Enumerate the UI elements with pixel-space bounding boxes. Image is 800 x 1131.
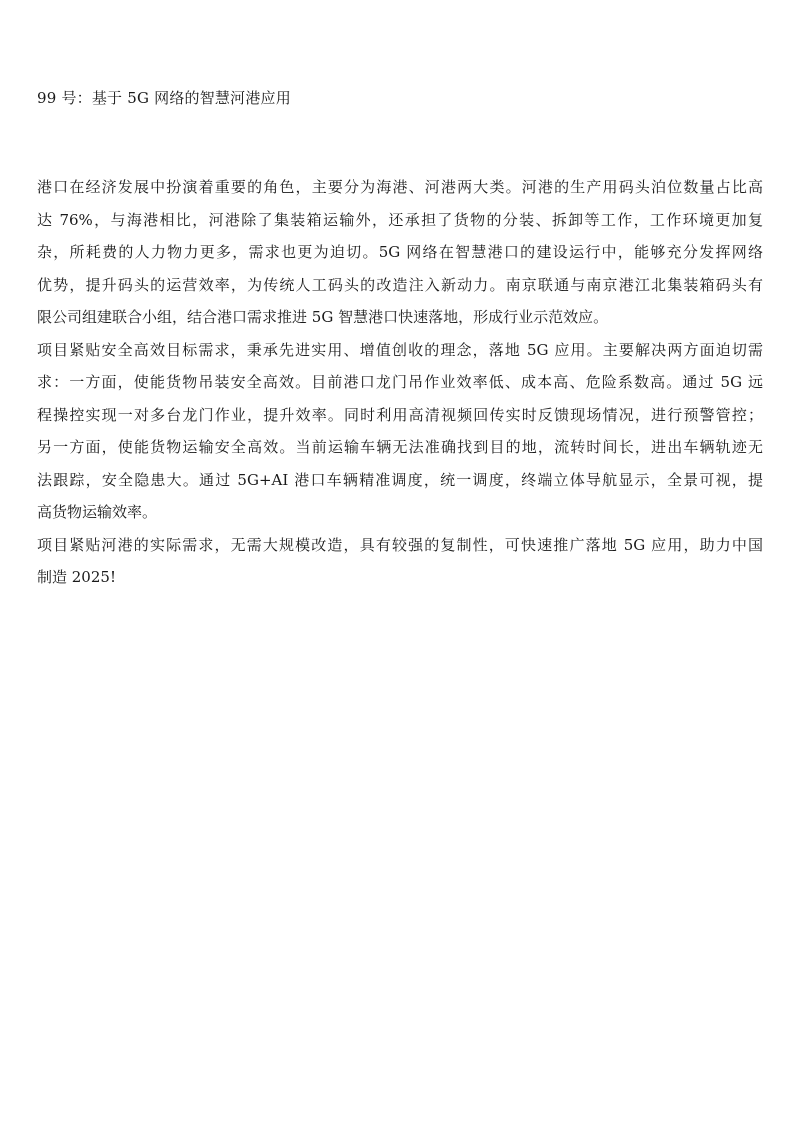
paragraph-2: 项目紧贴安全高效目标需求，秉承先进实用、增值创收的理念，落地 5G 应用。主要解… [37,334,763,529]
paragraph-line: 项目紧贴安全高效目标需求，秉承先进实用、增值创收的理念，落地 5G 应用。主要解… [37,334,763,367]
document-page: 99 号：基于 5G 网络的智慧河港应用 港口在经济发展中扮演着重要的角色，主要… [0,0,800,1131]
paragraph-line: 另一方面，使能货物运输安全高效。当前运输车辆无法准确找到目的地，流转时间长，进出… [37,431,763,464]
paragraph-line: 程操控实现一对多台龙门作业，提升效率。同时利用高清视频回传实时反馈现场情况，进行… [37,399,763,432]
paragraph-line: 法跟踪，安全隐患大。通过 5G+AI 港口车辆精准调度，统一调度，终端立体导航显… [37,464,763,497]
paragraph-line: 杂，所耗费的人力物力更多，需求也更为迫切。5G 网络在智慧港口的建设运行中，能够… [37,236,763,269]
paragraph-1: 港口在经济发展中扮演着重要的角色，主要分为海港、河港两大类。河港的生产用码头泊位… [37,171,763,334]
paragraph-line: 求：一方面，使能货物吊装安全高效。目前港口龙门吊作业效率低、成本高、危险系数高。… [37,366,763,399]
paragraph-line: 项目紧贴河港的实际需求，无需大规模改造，具有较强的复制性，可快速推广落地 5G … [37,529,763,562]
document-title: 99 号：基于 5G 网络的智慧河港应用 [37,88,291,108]
paragraph-line: 限公司组建联合小组，结合港口需求推进 5G 智慧港口快速落地，形成行业示范效应。 [37,301,763,334]
document-body: 港口在经济发展中扮演着重要的角色，主要分为海港、河港两大类。河港的生产用码头泊位… [37,171,763,594]
paragraph-line: 高货物运输效率。 [37,496,763,529]
paragraph-line: 港口在经济发展中扮演着重要的角色，主要分为海港、河港两大类。河港的生产用码头泊位… [37,171,763,204]
paragraph-3: 项目紧贴河港的实际需求，无需大规模改造，具有较强的复制性，可快速推广落地 5G … [37,529,763,594]
paragraph-line: 优势，提升码头的运营效率，为传统人工码头的改造注入新动力。南京联通与南京港江北集… [37,269,763,302]
paragraph-line: 制造 2025! [37,561,763,594]
paragraph-line: 达 76%，与海港相比，河港除了集装箱运输外，还承担了货物的分装、拆卸等工作，工… [37,204,763,237]
